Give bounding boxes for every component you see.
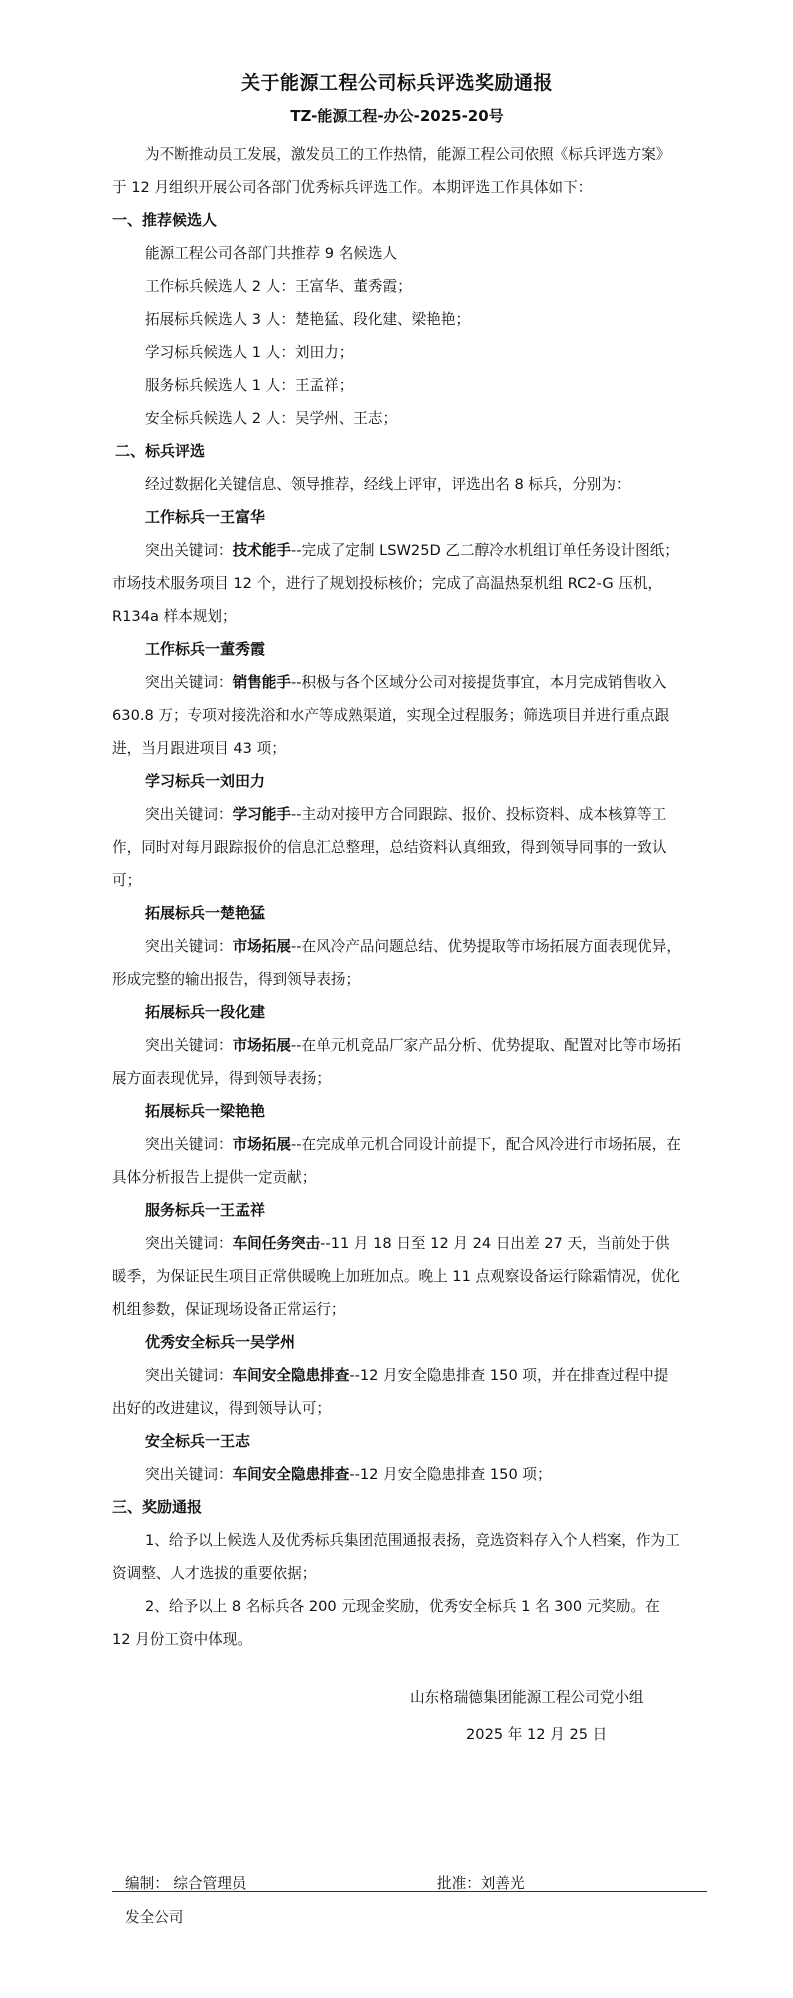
keyword-label: 突出关键词：: [145, 938, 233, 955]
candidate-line: 拓展标兵候选人 3 人：楚艳猛、段化建、梁艳艳；: [112, 303, 682, 336]
award-entry: 安全标兵一王志 突出关键词：车间安全隐患排查--12 月安全隐患排查 150 项…: [112, 1425, 682, 1491]
award-title: 服务标兵一王孟祥: [112, 1194, 682, 1227]
keyword-label: 突出关键词：: [145, 1466, 233, 1483]
award-entry: 学习标兵一刘田力 突出关键词：学习能手--主动对接甲方合同跟踪、报价、投标资料、…: [112, 765, 682, 897]
signature-organization: 山东格瑞德集团能源工程公司党小组: [410, 1686, 644, 1707]
section-heading-rewards: 三、奖励通报: [112, 1491, 682, 1524]
award-keyword: 车间任务突击: [233, 1235, 321, 1252]
reward-item: 1、给予以上候选人及优秀标兵集团范围通报表扬，竞选资料存入个人档案，作为工资调整…: [112, 1524, 682, 1590]
document-body: 为不断推动员工发展，激发员工的工作热情，能源工程公司依照《标兵评选方案》于 12…: [112, 138, 682, 1656]
selection-intro: 经过数据化关键信息、领导推荐，经线上评审，评选出名 8 标兵，分别为：: [112, 468, 682, 501]
keyword-label: 突出关键词：: [145, 1235, 233, 1252]
award-description: 突出关键词：车间任务突击--11 月 18 日至 12 月 24 日出差 27 …: [112, 1227, 682, 1326]
award-title: 工作标兵一董秀霞: [112, 633, 682, 666]
award-entry: 工作标兵一王富华 突出关键词：技术能手--完成了定制 LSW25D 乙二醇冷水机…: [112, 501, 682, 633]
keyword-label: 突出关键词：: [145, 542, 233, 559]
award-description: 突出关键词：市场拓展--在完成单元机合同设计前提下，配合风冷进行市场拓展，在具体…: [112, 1128, 682, 1194]
award-title: 拓展标兵一段化建: [112, 996, 682, 1029]
award-entry: 服务标兵一王孟祥 突出关键词：车间任务突击--11 月 18 日至 12 月 2…: [112, 1194, 682, 1326]
keyword-label: 突出关键词：: [145, 1367, 233, 1384]
award-keyword: 技术能手: [233, 542, 291, 559]
award-description: 突出关键词：技术能手--完成了定制 LSW25D 乙二醇冷水机组订单任务设计图纸…: [112, 534, 682, 633]
award-keyword: 学习能手: [233, 806, 291, 823]
award-description: 突出关键词：车间安全隐患排查--12 月安全隐患排查 150 项，并在排查过程中…: [112, 1359, 682, 1425]
footer-divider: [112, 1891, 707, 1892]
award-keyword: 市场拓展: [233, 1037, 291, 1054]
award-description: 突出关键词：销售能手--积极与各个区域分公司对接提货事宜，本月完成销售收入 63…: [112, 666, 682, 765]
candidate-line: 服务标兵候选人 1 人：王孟祥；: [112, 369, 682, 402]
award-entry: 优秀安全标兵一吴学州 突出关键词：车间安全隐患排查--12 月安全隐患排查 15…: [112, 1326, 682, 1425]
award-entry: 拓展标兵一梁艳艳 突出关键词：市场拓展--在完成单元机合同设计前提下，配合风冷进…: [112, 1095, 682, 1194]
award-title: 优秀安全标兵一吴学州: [112, 1326, 682, 1359]
section-heading-selection: 二、标兵评选: [112, 435, 682, 468]
award-keyword: 市场拓展: [233, 938, 291, 955]
keyword-label: 突出关键词：: [145, 1136, 233, 1153]
award-description: 突出关键词：市场拓展--在风冷产品问题总结、优势提取等市场拓展方面表现优异，形成…: [112, 930, 682, 996]
document-title: 关于能源工程公司标兵评选奖励通报: [112, 68, 682, 95]
approved-by: 批准：刘善光: [437, 1872, 525, 1893]
award-title: 拓展标兵一梁艳艳: [112, 1095, 682, 1128]
candidate-line: 能源工程公司各部门共推荐 9 名候选人: [112, 237, 682, 270]
keyword-label: 突出关键词：: [145, 806, 233, 823]
award-title: 工作标兵一王富华: [112, 501, 682, 534]
award-keyword: 车间安全隐患排查: [233, 1466, 350, 1483]
award-entry: 工作标兵一董秀霞 突出关键词：销售能手--积极与各个区域分公司对接提货事宜，本月…: [112, 633, 682, 765]
award-title: 拓展标兵一楚艳猛: [112, 897, 682, 930]
keyword-label: 突出关键词：: [145, 674, 233, 691]
section-heading-candidates: 一、推荐候选人: [112, 204, 682, 237]
candidate-line: 工作标兵候选人 2 人：王富华、董秀霞；: [112, 270, 682, 303]
signature-date: 2025 年 12 月 25 日: [466, 1723, 607, 1744]
distribution-note: 发全公司: [125, 1906, 183, 1927]
reward-item: 2、给予以上 8 名标兵各 200 元现金奖励，优秀安全标兵 1 名 300 元…: [112, 1590, 682, 1656]
prepared-by: 编制： 综合管理员: [125, 1872, 246, 1893]
award-keyword: 车间安全隐患排查: [233, 1367, 350, 1384]
keyword-label: 突出关键词：: [145, 1037, 233, 1054]
award-description: 突出关键词：车间安全隐患排查--12 月安全隐患排查 150 项；: [112, 1458, 682, 1491]
document-number: TZ-能源工程-办公-2025-20号: [112, 105, 682, 126]
award-entry: 拓展标兵一楚艳猛 突出关键词：市场拓展--在风冷产品问题总结、优势提取等市场拓展…: [112, 897, 682, 996]
candidate-line: 学习标兵候选人 1 人：刘田力；: [112, 336, 682, 369]
award-title: 学习标兵一刘田力: [112, 765, 682, 798]
award-title: 安全标兵一王志: [112, 1425, 682, 1458]
award-description: 突出关键词：市场拓展--在单元机竞品厂家产品分析、优势提取、配置对比等市场拓展方…: [112, 1029, 682, 1095]
award-keyword: 市场拓展: [233, 1136, 291, 1153]
candidate-line: 安全标兵候选人 2 人：吴学州、王志；: [112, 402, 682, 435]
award-entry: 拓展标兵一段化建 突出关键词：市场拓展--在单元机竞品厂家产品分析、优势提取、配…: [112, 996, 682, 1095]
award-description: 突出关键词：学习能手--主动对接甲方合同跟踪、报价、投标资料、成本核算等工作，同…: [112, 798, 682, 897]
award-text: --12 月安全隐患排查 150 项；: [349, 1466, 551, 1483]
intro-paragraph: 为不断推动员工发展，激发员工的工作热情，能源工程公司依照《标兵评选方案》于 12…: [112, 138, 682, 204]
footer-approval-row: 编制： 综合管理员 批准：刘善光: [112, 1872, 707, 1891]
award-keyword: 销售能手: [233, 674, 291, 691]
